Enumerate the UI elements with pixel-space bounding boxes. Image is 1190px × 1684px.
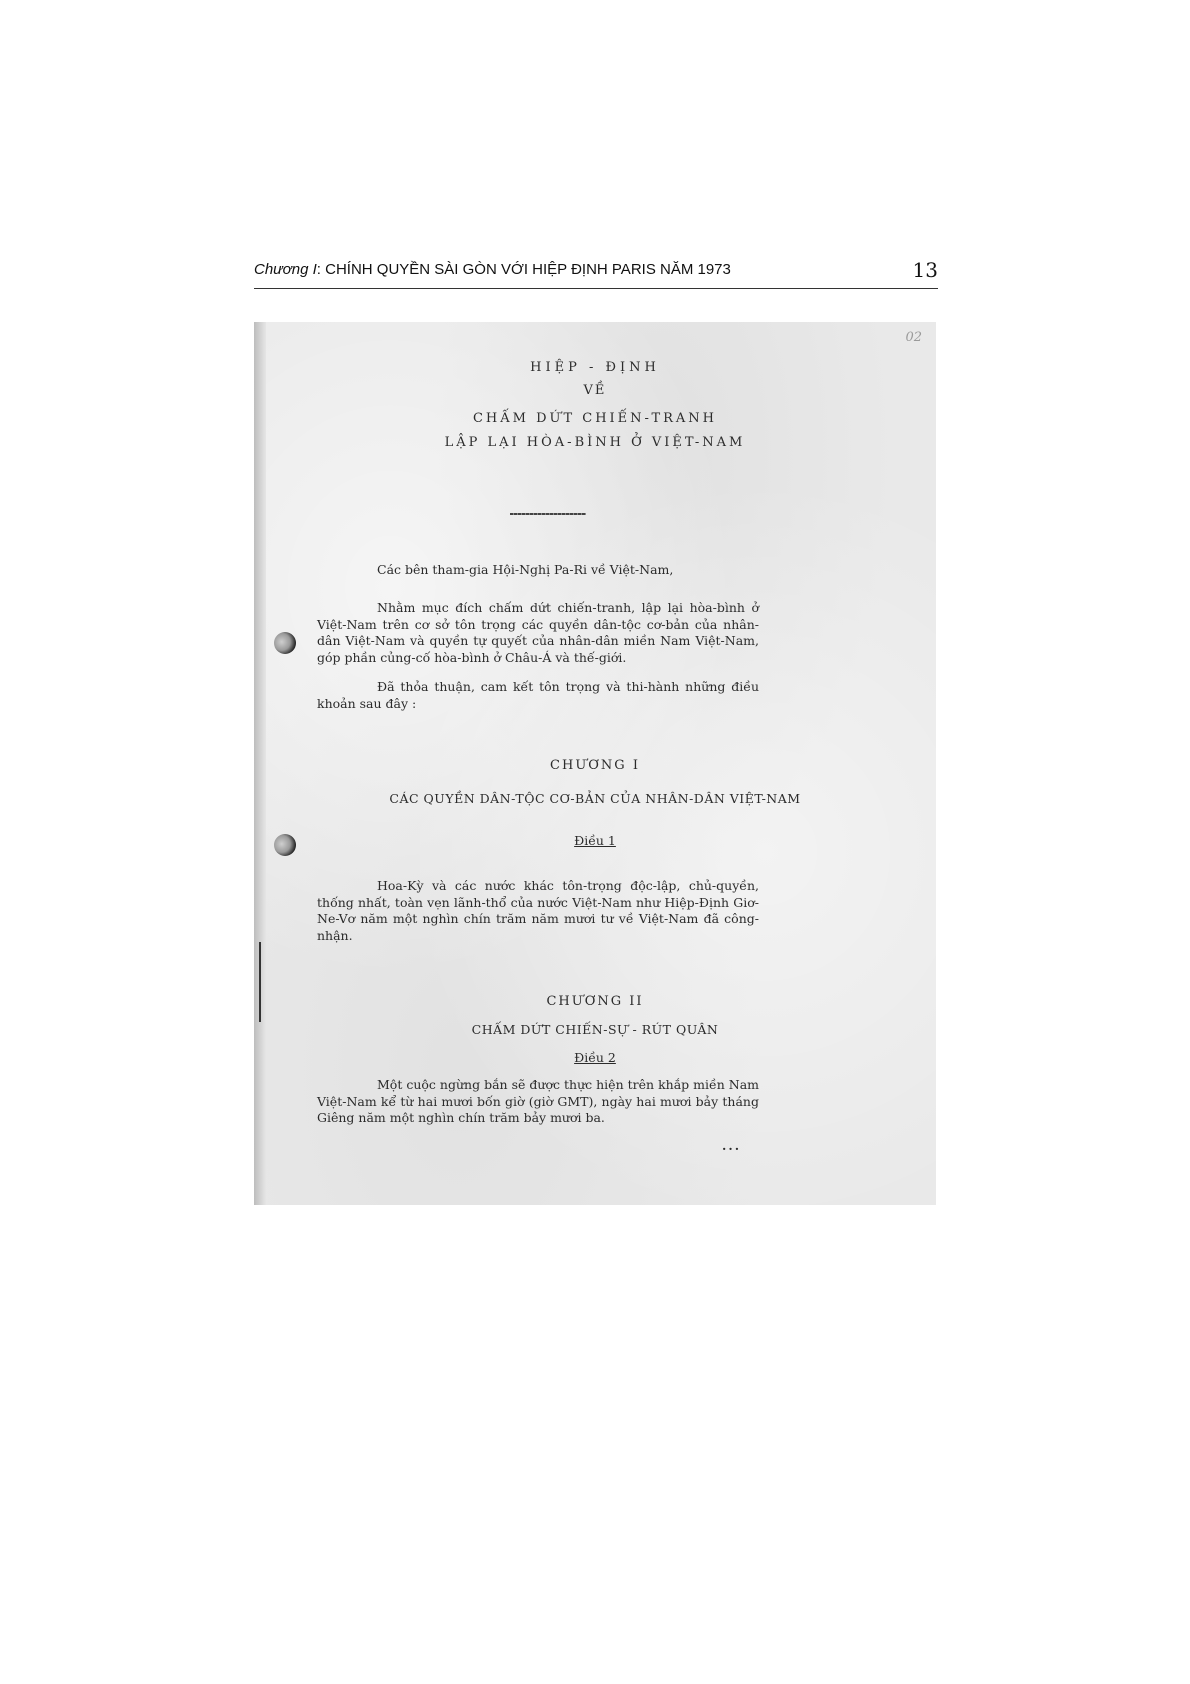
- doc-title-line-4: LẬP LẠI HÒA-BÌNH Ở VIỆT-NAM: [254, 435, 936, 450]
- header-rule: [254, 288, 938, 289]
- chapter-1-heading: CHƯƠNG I: [254, 758, 936, 773]
- doc-title-line-1: HIỆP - ĐỊNH: [254, 360, 936, 375]
- chapter-1-title: CÁC QUYỀN DÂN-TỘC CƠ-BẢN CỦA NHÂN-DÂN VI…: [254, 791, 936, 806]
- running-head: Chương I: CHÍNH QUYỀN SÀI GÒN VỚI HIỆP Đ…: [254, 261, 938, 278]
- preamble-purpose: Nhằm mục đích chấm dứt chiến-tranh, lập …: [317, 600, 759, 666]
- article-2-label: Điều 2: [254, 1050, 936, 1065]
- chapter-label: Chương I: [254, 261, 317, 278]
- title-divider: [510, 513, 586, 515]
- separator: :: [317, 261, 325, 278]
- chapter-2-title: CHẤM DỨT CHIẾN-SỰ - RÚT QUÂN: [254, 1022, 936, 1037]
- article-1-text: Hoa-Kỳ và các nước khác tôn-trọng độc-lậ…: [317, 878, 759, 944]
- page-number: 13: [913, 258, 938, 282]
- article-2-text: Một cuộc ngừng bắn sẽ được thực hiện trê…: [317, 1077, 759, 1127]
- running-title: CHÍNH QUYỀN SÀI GÒN VỚI HIỆP ĐỊNH PARIS …: [325, 261, 731, 278]
- continuation-ellipsis: ...: [722, 1138, 741, 1153]
- doc-title-line-2: VỀ: [254, 383, 936, 398]
- preamble-opening: Các bên tham-gia Hội-Nghị Pa-Ri về Việt-…: [317, 562, 759, 579]
- chapter-2-heading: CHƯƠNG II: [254, 994, 936, 1009]
- corner-handwritten-mark: 02: [905, 330, 922, 345]
- punch-hole-icon: [274, 632, 296, 654]
- article-1-label: Điều 1: [254, 833, 936, 848]
- preamble-agreement: Đã thỏa thuận, cam kết tôn trọng và thi-…: [317, 679, 759, 712]
- doc-title-line-3: CHẤM DỨT CHIẾN-TRANH: [254, 411, 936, 426]
- scanned-document: 02 HIỆP - ĐỊNH VỀ CHẤM DỨT CHIẾN-TRANH L…: [254, 322, 936, 1205]
